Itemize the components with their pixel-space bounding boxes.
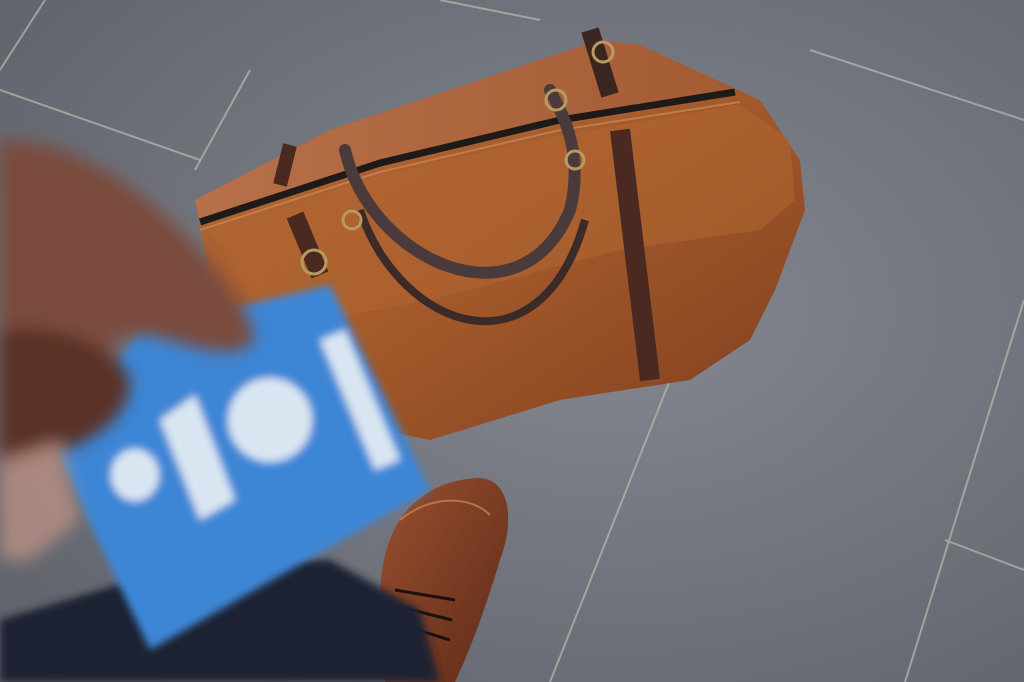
photo-scene [0,0,1024,682]
photo-illustration [0,0,1024,682]
